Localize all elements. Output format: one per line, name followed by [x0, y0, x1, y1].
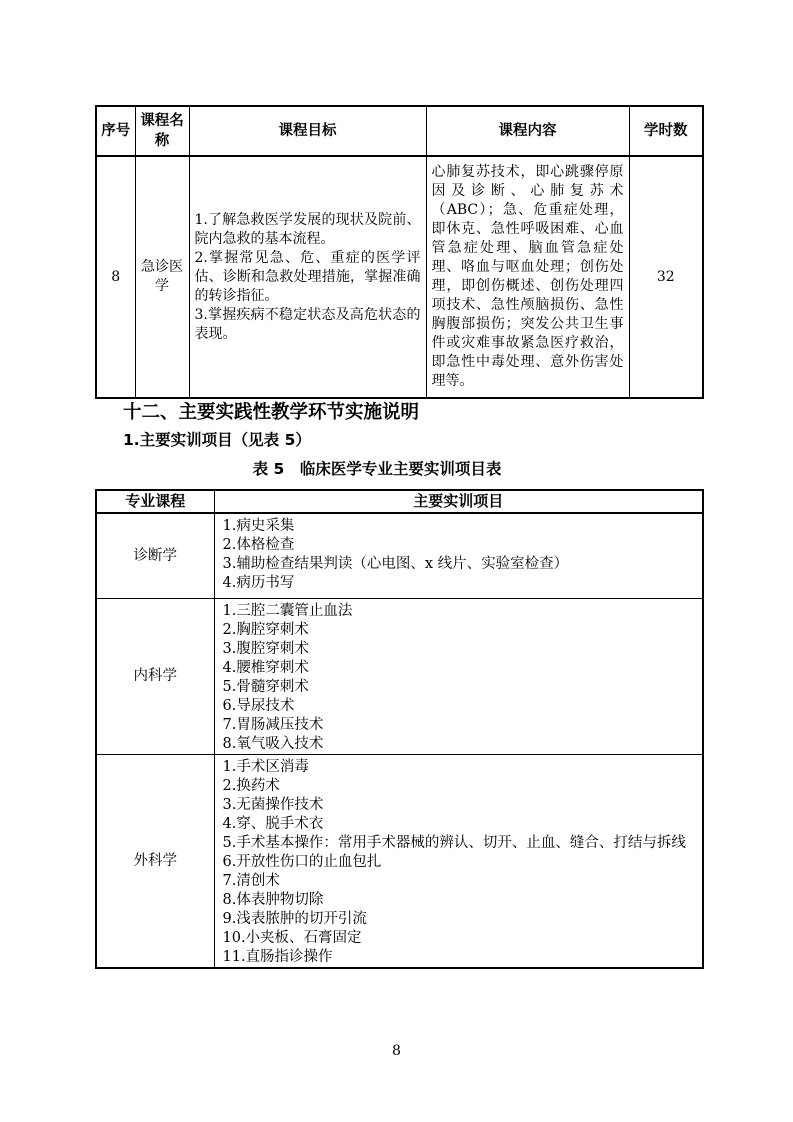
course-name: 诊断学 [96, 513, 214, 599]
project-list: 1.手术区消毒 2.换药术 3.无菌操作技术 4.穿、脱手术衣 5.手术基本操作… [214, 755, 703, 969]
cell-no: 8 [96, 156, 135, 398]
training-project-table: 专业课程 主要实训项目 诊断学 1.病史采集 2.体格检查 3.辅助检查结果判读… [95, 489, 704, 969]
course-name: 内科学 [96, 599, 214, 755]
header-content: 课程内容 [426, 106, 629, 156]
course-name: 外科学 [96, 755, 214, 969]
project-list: 1.病史采集 2.体格检查 3.辅助检查结果判读（心电图、x 线片、实验室检查）… [214, 513, 703, 599]
table-row-diagnostics: 诊断学 1.病史采集 2.体格检查 3.辅助检查结果判读（心电图、x 线片、实验… [96, 513, 703, 599]
course-table-header-row: 序号 课程名称 课程目标 课程内容 学时数 [96, 106, 703, 156]
header-course-name: 课程名称 [135, 106, 189, 156]
cell-hours: 32 [629, 156, 703, 398]
course-table-row: 8 急诊医学 1.了解急救医学发展的现状及院前、院内急救的基本流程。 2.掌握常… [96, 156, 703, 398]
section-heading: 十二、主要实践性教学环节实施说明 [123, 400, 419, 425]
header-course: 专业课程 [96, 490, 214, 513]
table-row-internal-medicine: 内科学 1.三腔二囊管止血法 2.胸腔穿刺术 3.腹腔穿刺术 4.腰椎穿刺术 5… [96, 599, 703, 755]
document-page: 序号 课程名称 课程目标 课程内容 学时数 8 急诊医学 1.了解急救医学发展的… [0, 0, 793, 1122]
page-number: 8 [0, 1043, 793, 1059]
training-table-header-row: 专业课程 主要实训项目 [96, 490, 703, 513]
header-hours: 学时数 [629, 106, 703, 156]
cell-content: 心肺复苏技术，即心跳骤停原因及诊断、心肺复苏术（ABC）；急、危重症处理，即休克… [426, 156, 629, 398]
table-row-surgery: 外科学 1.手术区消毒 2.换药术 3.无菌操作技术 4.穿、脱手术衣 5.手术… [96, 755, 703, 969]
header-no: 序号 [96, 106, 135, 156]
header-projects: 主要实训项目 [214, 490, 703, 513]
project-list: 1.三腔二囊管止血法 2.胸腔穿刺术 3.腹腔穿刺术 4.腰椎穿刺术 5.骨髓穿… [214, 599, 703, 755]
course-detail-table: 序号 课程名称 课程目标 课程内容 学时数 8 急诊医学 1.了解急救医学发展的… [95, 105, 704, 399]
cell-objectives: 1.了解急救医学发展的现状及院前、院内急救的基本流程。 2.掌握常见急、危、重症… [189, 156, 426, 398]
header-objectives: 课程目标 [189, 106, 426, 156]
cell-course-name: 急诊医学 [135, 156, 189, 398]
section-subheading: 1.主要实训项目（见表 5） [123, 430, 311, 451]
table5-title: 表 5 临床医学专业主要实训项目表 [253, 458, 502, 480]
